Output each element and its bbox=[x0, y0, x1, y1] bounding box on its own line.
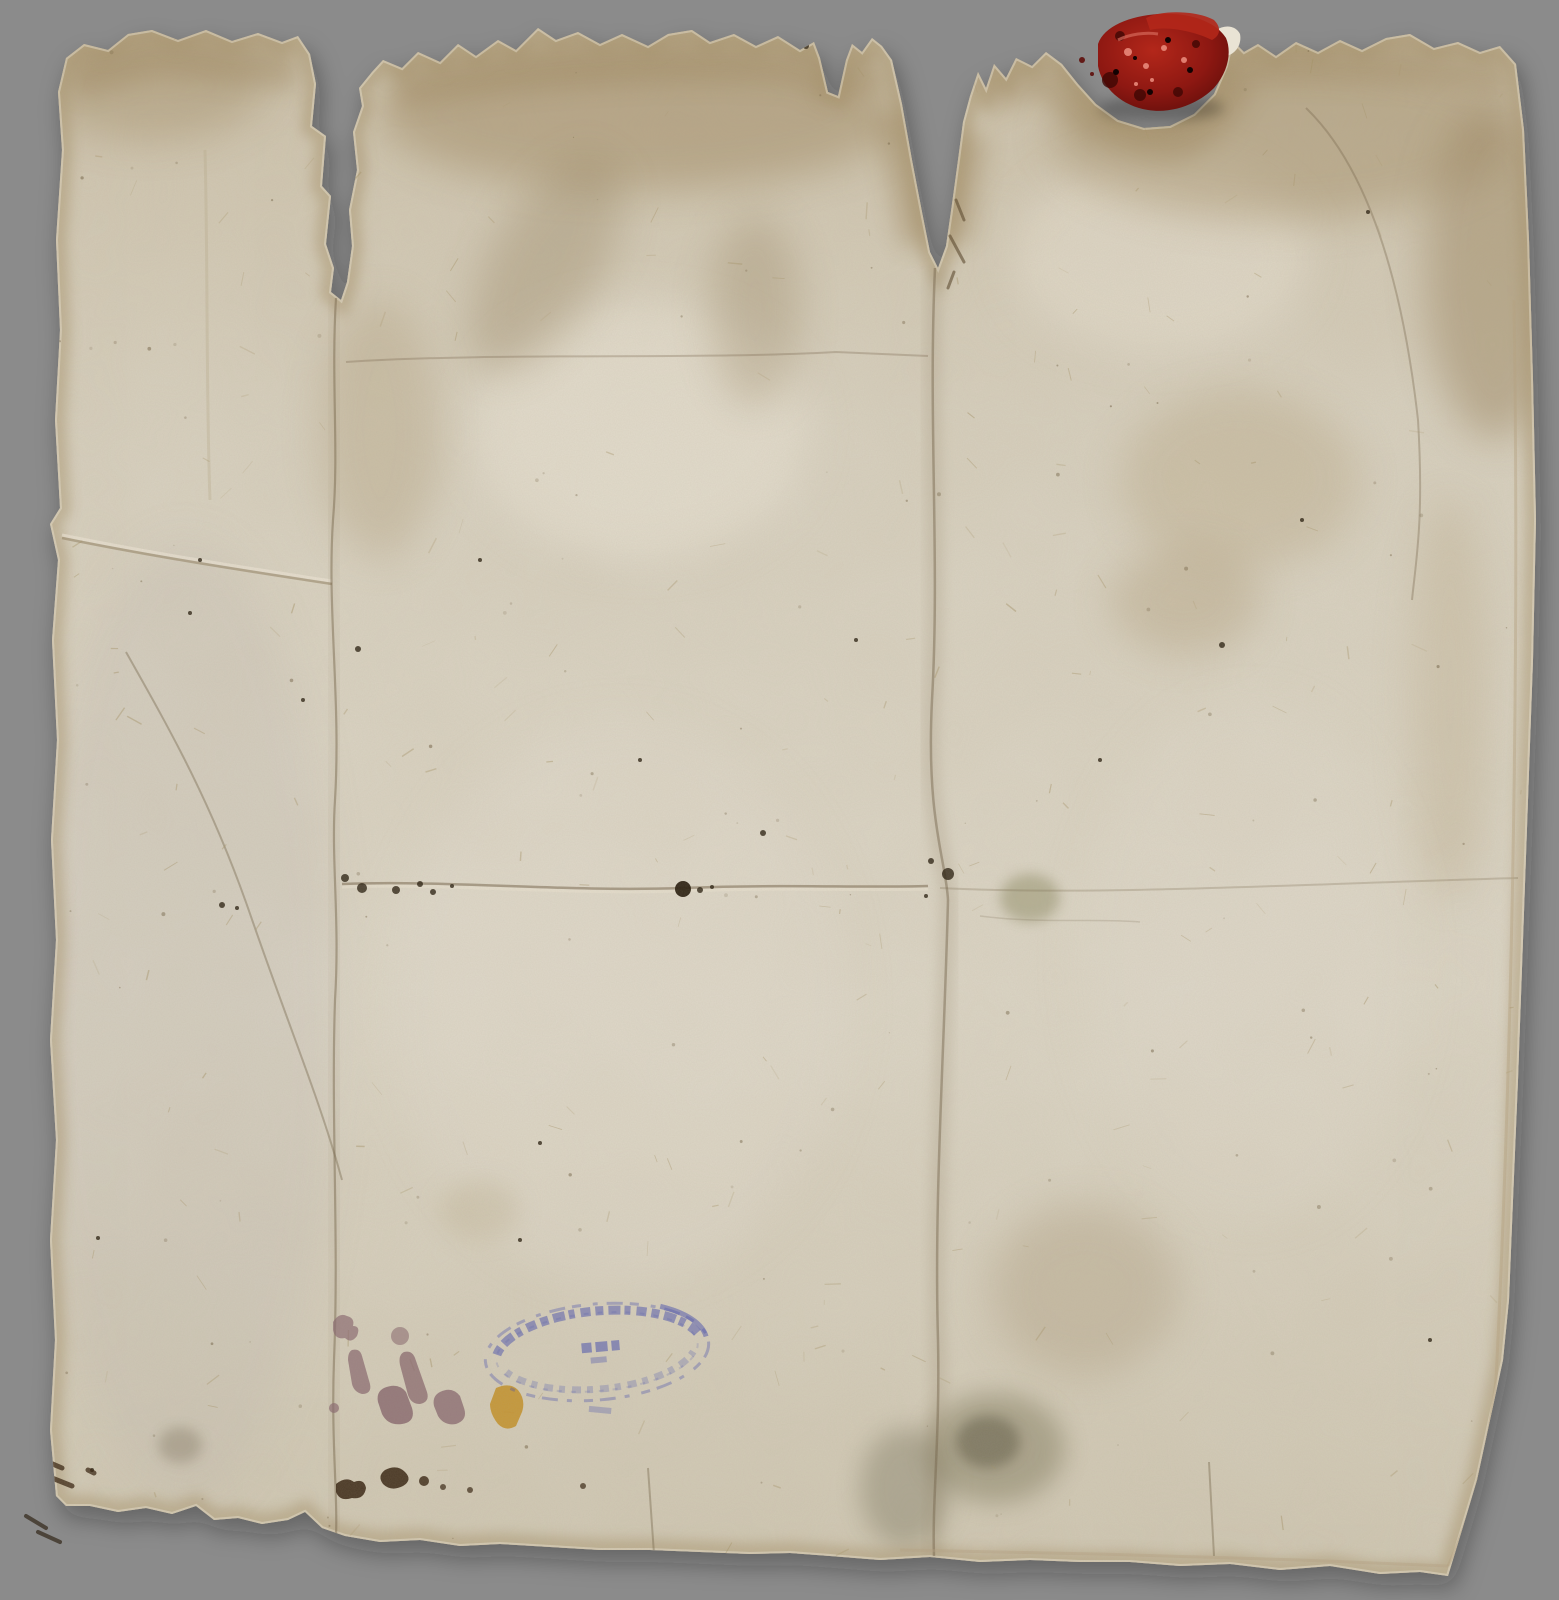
letter-verso-photo bbox=[0, 0, 1559, 1600]
seal-crumb bbox=[1079, 57, 1085, 63]
paper-sheet bbox=[0, 0, 1559, 1600]
seal-crumb bbox=[1090, 72, 1094, 76]
scanned-document bbox=[0, 0, 1559, 1600]
paper-grain bbox=[0, 0, 1559, 1600]
